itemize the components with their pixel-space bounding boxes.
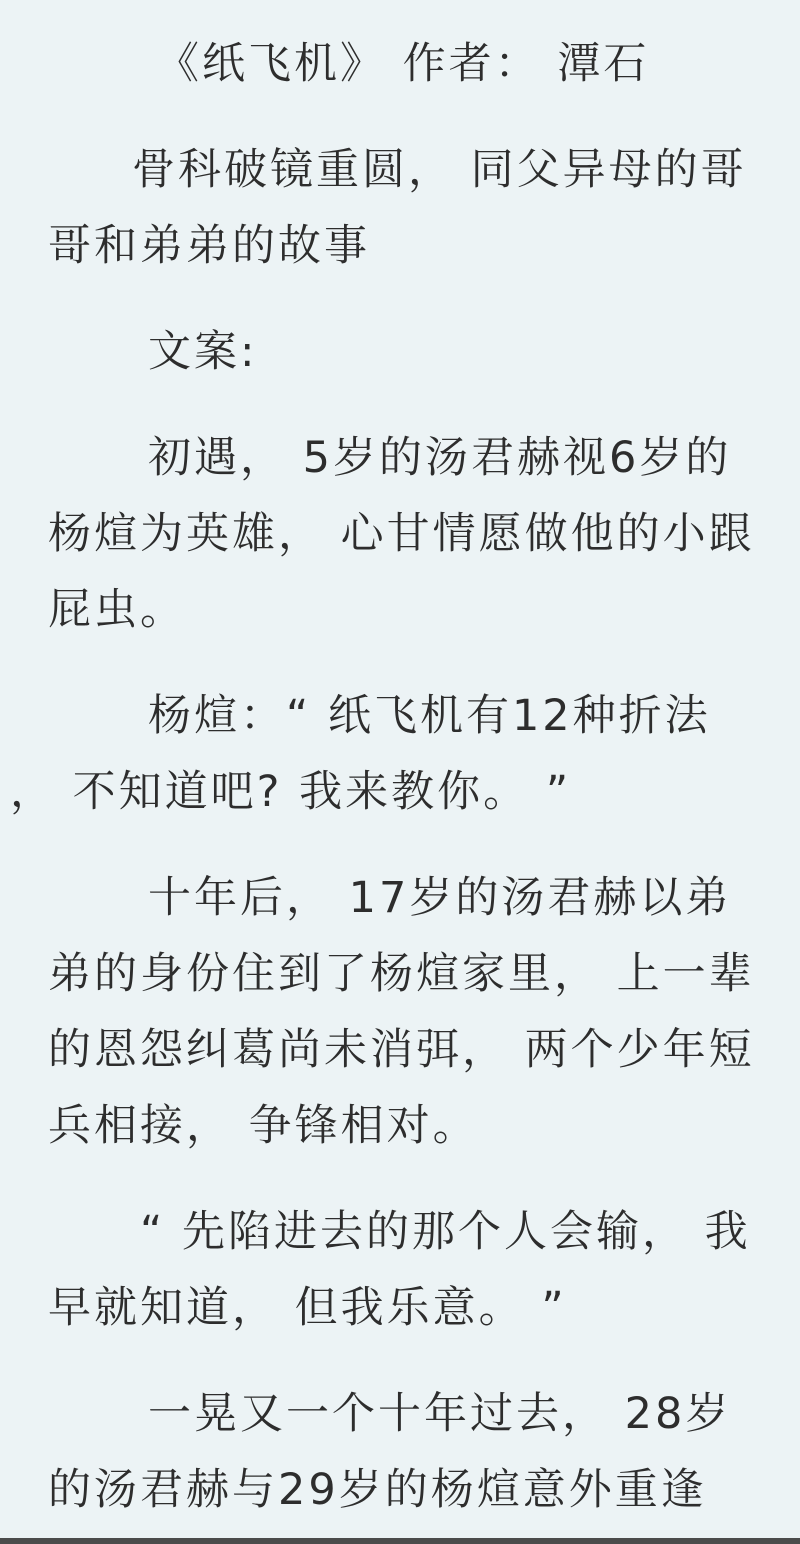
story-line: 初遇， 5岁的汤君赫视6岁的 [48, 420, 760, 496]
bottom-edge-bar [0, 1538, 800, 1544]
story-line: 兵相接， 争锋相对。 [48, 1088, 760, 1164]
story-title: 《纸飞机》 作者： 潭石 [48, 26, 760, 102]
story-line: 哥和弟弟的故事 [48, 208, 760, 284]
story-line: ， 不知道吧? 我来教你。 ” [10, 754, 760, 830]
story-line: 早就知道， 但我乐意。 ” [48, 1270, 760, 1346]
story-line: 屁虫。 [48, 572, 760, 648]
story-line: 十年后， 17岁的汤君赫以弟 [48, 860, 760, 936]
story-line: 的恩怨纠葛尚未消弭， 两个少年短 [48, 1012, 760, 1088]
story-line: 的汤君赫与29岁的杨煊意外重逢 [48, 1452, 760, 1528]
synopsis-label: 文案: [48, 314, 760, 390]
story-line: 骨科破镜重圆， 同父异母的哥 [48, 132, 760, 208]
story-line: 杨煊：“ 纸飞机有12种折法 [48, 678, 760, 754]
story-line: 杨煊为英雄， 心甘情愿做他的小跟 [48, 496, 760, 572]
story-line: 一晃又一个十年过去， 28岁 [48, 1376, 760, 1452]
story-line: “ 先陷进去的那个人会输， 我 [48, 1194, 760, 1270]
story-line: 弟的身份住到了杨煊家里， 上一辈 [48, 936, 760, 1012]
story-page: 《纸飞机》 作者： 潭石 骨科破镜重圆， 同父异母的哥 哥和弟弟的故事 文案: … [0, 0, 800, 1544]
